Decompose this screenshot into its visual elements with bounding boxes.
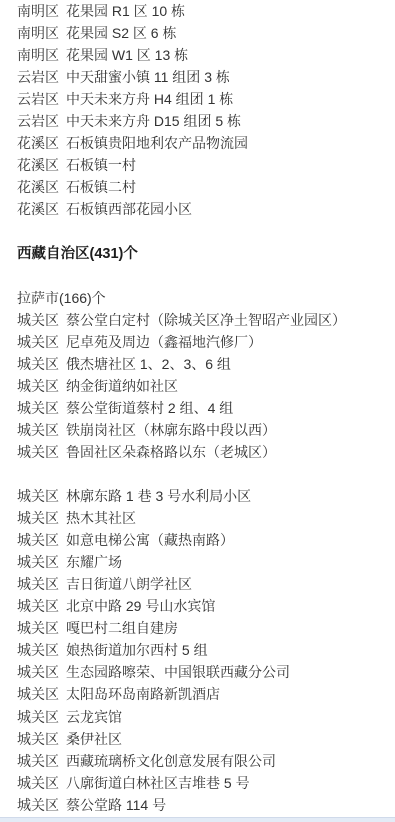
list-row: 花溪区石板镇一村 — [17, 154, 395, 176]
district-label: 城关区 — [17, 532, 59, 548]
area-description: 八廓街道白林社区吉堆巷 5 号 — [66, 775, 250, 791]
area-description: 铁崩岗社区（林廓东路中段以西） — [66, 422, 276, 438]
area-description: 如意电梯公寓（藏热南路） — [66, 532, 234, 548]
risk-area-list: 南明区花果园 R1 区 10 栋南明区花果园 S2 区 6 栋南明区花果园 W1… — [17, 0, 395, 816]
list-row: 南明区花果园 W1 区 13 栋 — [17, 44, 395, 66]
district-label: 城关区 — [17, 510, 59, 526]
area-description: 东耀广场 — [66, 554, 122, 570]
district-label: 花溪区 — [17, 201, 59, 217]
area-description: 热木其社区 — [66, 510, 136, 526]
list-row: 城关区八廓街道白林社区吉堆巷 5 号 — [17, 772, 395, 794]
area-description: 西藏琉璃桥文化创意发展有限公司 — [66, 753, 276, 769]
district-label: 城关区 — [17, 488, 59, 504]
district-label: 城关区 — [17, 709, 59, 725]
district-label: 城关区 — [17, 400, 59, 416]
footer-bar — [0, 817, 395, 822]
area-description: 尼卓苑及周边（鑫福地汽修厂） — [66, 334, 262, 350]
area-description: 蔡公堂街道蔡村 2 组、4 组 — [66, 400, 233, 416]
list-row: 城关区热木其社区 — [17, 507, 395, 529]
list-row: 城关区西藏琉璃桥文化创意发展有限公司 — [17, 750, 395, 772]
list-row: 城关区东耀广场 — [17, 551, 395, 573]
district-label: 南明区 — [17, 25, 59, 41]
list-spacer — [17, 265, 395, 287]
district-label: 城关区 — [17, 356, 59, 372]
list-row: 花溪区石板镇西部花园小区 — [17, 198, 395, 220]
list-row: 城关区桑伊社区 — [17, 728, 395, 750]
list-row: 城关区嘎巴村二组自建房 — [17, 617, 395, 639]
area-description: 花果园 R1 区 10 栋 — [66, 3, 185, 19]
list-spacer — [17, 220, 395, 242]
list-row: 城关区太阳岛环岛南路新凯酒店 — [17, 683, 395, 705]
area-description: 花果园 S2 区 6 栋 — [66, 25, 176, 41]
district-label: 城关区 — [17, 686, 59, 702]
area-description: 中天未来方舟 D15 组团 5 栋 — [66, 113, 241, 129]
district-label: 云岩区 — [17, 91, 59, 107]
district-label: 城关区 — [17, 312, 59, 328]
area-description: 石板镇西部花园小区 — [66, 201, 192, 217]
district-label: 云岩区 — [17, 69, 59, 85]
list-row: 城关区铁崩岗社区（林廓东路中段以西） — [17, 419, 395, 441]
area-description: 蔡公堂路 114 号 — [66, 797, 166, 813]
list-row: 城关区娘热街道加尔西村 5 组 — [17, 639, 395, 661]
area-description: 纳金街道纳如社区 — [66, 378, 178, 394]
list-row: 南明区花果园 R1 区 10 栋 — [17, 0, 395, 22]
area-description: 鲁固社区朵森格路以东（老城区） — [66, 444, 276, 460]
list-row: 城关区生态园路嚓荣、中国银联西藏分公司 — [17, 661, 395, 683]
district-label: 城关区 — [17, 753, 59, 769]
list-row: 城关区纳金街道纳如社区 — [17, 375, 395, 397]
area-description: 生态园路嚓荣、中国银联西藏分公司 — [66, 664, 290, 680]
list-row: 云岩区中天未来方舟 H4 组团 1 栋 — [17, 88, 395, 110]
section-subheader: 拉萨市(166)个 — [17, 287, 395, 309]
district-label: 云岩区 — [17, 113, 59, 129]
district-label: 城关区 — [17, 576, 59, 592]
district-label: 城关区 — [17, 797, 59, 813]
area-description: 石板镇二村 — [66, 179, 136, 195]
district-label: 城关区 — [17, 378, 59, 394]
list-row: 城关区林廓东路 1 巷 3 号水利局小区 — [17, 485, 395, 507]
list-row: 城关区吉日街道八朗学社区 — [17, 573, 395, 595]
district-label: 南明区 — [17, 3, 59, 19]
area-description: 太阳岛环岛南路新凯酒店 — [66, 686, 220, 702]
risk-area-document: 南明区花果园 R1 区 10 栋南明区花果园 S2 区 6 栋南明区花果园 W1… — [0, 0, 395, 822]
district-label: 花溪区 — [17, 157, 59, 173]
area-description: 桑伊社区 — [66, 731, 122, 747]
list-row: 城关区云龙宾馆 — [17, 706, 395, 728]
section-header: 西藏自治区(431)个 — [17, 243, 395, 265]
list-spacer — [17, 463, 395, 485]
district-label: 城关区 — [17, 444, 59, 460]
area-description: 娘热街道加尔西村 5 组 — [66, 642, 208, 658]
list-row: 城关区尼卓苑及周边（鑫福地汽修厂） — [17, 331, 395, 353]
area-description: 花果园 W1 区 13 栋 — [66, 47, 188, 63]
area-description: 北京中路 29 号山水宾馆 — [66, 598, 215, 614]
list-row: 城关区蔡公堂街道蔡村 2 组、4 组 — [17, 397, 395, 419]
district-label: 城关区 — [17, 642, 59, 658]
district-label: 城关区 — [17, 334, 59, 350]
area-description: 云龙宾馆 — [66, 709, 122, 725]
district-label: 城关区 — [17, 775, 59, 791]
area-description: 石板镇一村 — [66, 157, 136, 173]
list-row: 花溪区石板镇二村 — [17, 176, 395, 198]
list-row: 城关区俄杰塘社区 1、2、3、6 组 — [17, 353, 395, 375]
district-label: 城关区 — [17, 620, 59, 636]
district-label: 城关区 — [17, 598, 59, 614]
district-label: 城关区 — [17, 664, 59, 680]
district-label: 南明区 — [17, 47, 59, 63]
list-row: 云岩区中天甜蜜小镇 11 组团 3 栋 — [17, 66, 395, 88]
area-description: 嘎巴村二组自建房 — [66, 620, 178, 636]
district-label: 城关区 — [17, 731, 59, 747]
area-description: 林廓东路 1 巷 3 号水利局小区 — [66, 488, 251, 504]
area-description: 蔡公堂白定村（除城关区净土智昭产业园区） — [66, 312, 346, 328]
area-description: 石板镇贵阳地利农产品物流园 — [66, 135, 248, 151]
list-row: 城关区蔡公堂路 114 号 — [17, 794, 395, 816]
area-description: 吉日街道八朗学社区 — [66, 576, 192, 592]
district-label: 城关区 — [17, 554, 59, 570]
list-row: 南明区花果园 S2 区 6 栋 — [17, 22, 395, 44]
list-row: 城关区鲁固社区朵森格路以东（老城区） — [17, 441, 395, 463]
area-description: 俄杰塘社区 1、2、3、6 组 — [66, 356, 231, 372]
district-label: 城关区 — [17, 422, 59, 438]
district-label: 花溪区 — [17, 135, 59, 151]
area-description: 中天未来方舟 H4 组团 1 栋 — [66, 91, 233, 107]
list-row: 城关区北京中路 29 号山水宾馆 — [17, 595, 395, 617]
district-label: 花溪区 — [17, 179, 59, 195]
list-row: 城关区蔡公堂白定村（除城关区净土智昭产业园区） — [17, 309, 395, 331]
area-description: 中天甜蜜小镇 11 组团 3 栋 — [66, 69, 230, 85]
list-row: 云岩区中天未来方舟 D15 组团 5 栋 — [17, 110, 395, 132]
list-row: 城关区如意电梯公寓（藏热南路） — [17, 529, 395, 551]
list-row: 花溪区石板镇贵阳地利农产品物流园 — [17, 132, 395, 154]
